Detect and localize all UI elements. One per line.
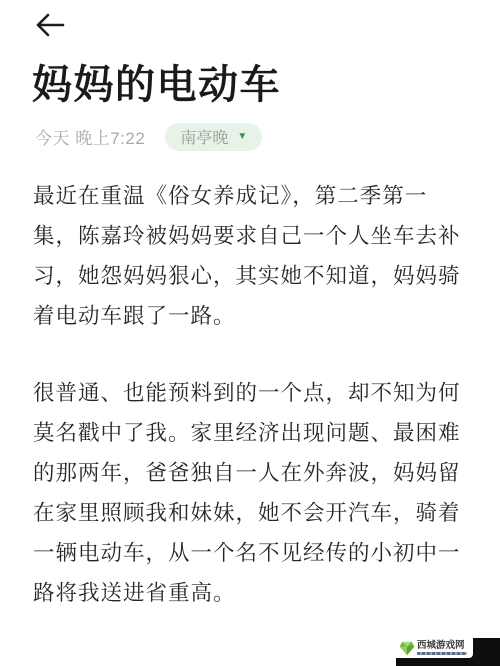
post-time: 今天 晚上7:22 <box>35 124 145 149</box>
page-title: 妈妈的电动车 <box>32 63 470 108</box>
text-line: 在家里照顾我和妹妹，她不会开汽车，骑着 <box>33 493 470 533</box>
article-body: 最近在重温《俗女养成记》，第二季第一集，陈嘉玲被妈妈要求自己一个人坐车去补习，她… <box>33 176 470 613</box>
text-line: 集，陈嘉玲被妈妈要求自己一个人坐车去补 <box>33 216 470 256</box>
watermark-microtext <box>417 652 467 655</box>
text-line: 路将我送进省重高。 <box>33 573 470 613</box>
text-line: 一辆电动车，从一个名不见经传的小初中一 <box>33 533 470 573</box>
watermark: 西城游戏网 <box>396 638 500 666</box>
paragraph: 最近在重温《俗女养成记》，第二季第一集，陈嘉玲被妈妈要求自己一个人坐车去补习，她… <box>33 176 470 336</box>
author-tag-chip[interactable]: 南亭晚 ▼ <box>165 123 262 151</box>
top-bar <box>0 0 500 39</box>
watermark-text-block: 西城游戏网 <box>417 641 467 655</box>
chevron-down-icon: ▼ <box>237 132 247 142</box>
watermark-card: 西城游戏网 <box>396 638 473 658</box>
arrow-left-icon <box>35 25 65 40</box>
paragraph: 很普通、也能预料到的一个点，却不知为何莫名戳中了我。家里经济出现问题、最困难的那… <box>33 373 470 613</box>
green-gem-icon <box>399 641 415 656</box>
watermark-site-name: 西城游戏网 <box>417 641 467 651</box>
back-button[interactable] <box>35 13 65 37</box>
article-page: 妈妈的电动车 今天 晚上7:22 南亭晚 ▼ 最近在重温《俗女养成记》，第二季第… <box>0 0 500 666</box>
text-line: 的那两年，爸爸独自一人在外奔波，妈妈留 <box>33 453 470 493</box>
tag-label: 南亭晚 <box>180 125 228 148</box>
text-line: 莫名戳中了我。家里经济出现问题、最困难 <box>33 413 470 453</box>
text-line: 着电动车跟了一路。 <box>33 296 470 336</box>
text-line: 习，她怨妈妈狠心，其实她不知道，妈妈骑 <box>33 256 470 296</box>
meta-row: 今天 晚上7:22 南亭晚 ▼ <box>35 123 470 151</box>
text-line: 很普通、也能预料到的一个点，却不知为何 <box>33 373 470 413</box>
text-line: 最近在重温《俗女养成记》，第二季第一 <box>33 176 470 216</box>
